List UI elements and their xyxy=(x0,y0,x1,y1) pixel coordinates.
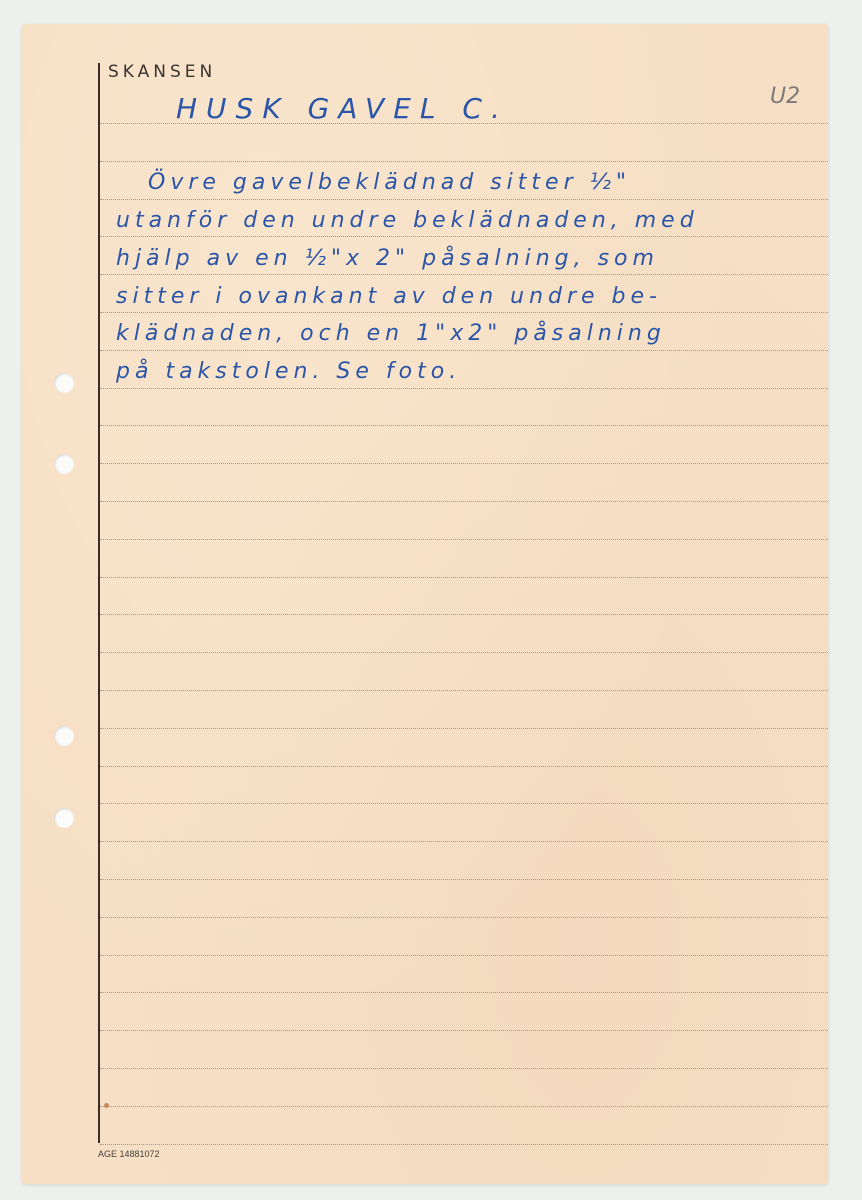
handwritten-line: Övre gavelbeklädnad sitter ½" xyxy=(148,170,631,195)
ruled-line xyxy=(100,1106,828,1107)
ink-stain xyxy=(104,1103,109,1108)
ruled-line xyxy=(100,388,828,389)
margin-line xyxy=(98,63,100,1143)
ruled-line xyxy=(100,766,828,767)
ruled-line xyxy=(100,425,828,426)
ruled-line xyxy=(100,1030,828,1031)
ruled-line xyxy=(100,652,828,653)
ruled-line xyxy=(100,463,828,464)
ruled-line xyxy=(100,1068,828,1069)
ruled-line xyxy=(100,992,828,993)
handwritten-line: på takstolen. Se foto. xyxy=(116,359,461,384)
handwritten-title: HUSK GAVEL C. xyxy=(176,92,509,125)
ruled-line xyxy=(100,236,828,237)
ruled-line xyxy=(100,501,828,502)
ruled-line xyxy=(100,161,828,162)
ruled-line xyxy=(100,728,828,729)
punch-hole xyxy=(54,808,74,828)
paper-sheet xyxy=(22,24,828,1184)
ruled-line xyxy=(100,803,828,804)
handwritten-line: utanför den undre beklädnaden, med xyxy=(116,208,699,233)
ruled-line xyxy=(100,199,828,200)
handwritten-line: klädnaden, och en 1"x2" påsalning xyxy=(116,321,666,346)
footer-code: AGE 14881072 xyxy=(98,1149,160,1159)
ruled-line xyxy=(100,917,828,918)
ruled-line xyxy=(100,577,828,578)
ruled-line xyxy=(100,879,828,880)
ruled-line xyxy=(100,841,828,842)
ruled-line xyxy=(100,312,828,313)
punch-hole xyxy=(54,726,74,746)
header-label: SKANSEN xyxy=(108,62,216,82)
ruled-line xyxy=(100,539,828,540)
punch-hole xyxy=(54,373,74,393)
ruled-line xyxy=(100,690,828,691)
handwritten-line: hjälp av en ½"x 2" påsalning, som xyxy=(116,246,659,271)
ruled-line xyxy=(100,274,828,275)
ruled-line xyxy=(100,614,828,615)
handwritten-line: sitter i ovankant av den undre be- xyxy=(116,284,662,309)
ruled-line xyxy=(100,1144,828,1145)
page-code: U2 xyxy=(770,84,800,109)
punch-hole xyxy=(54,454,74,474)
ruled-line xyxy=(100,955,828,956)
ruled-line xyxy=(100,350,828,351)
